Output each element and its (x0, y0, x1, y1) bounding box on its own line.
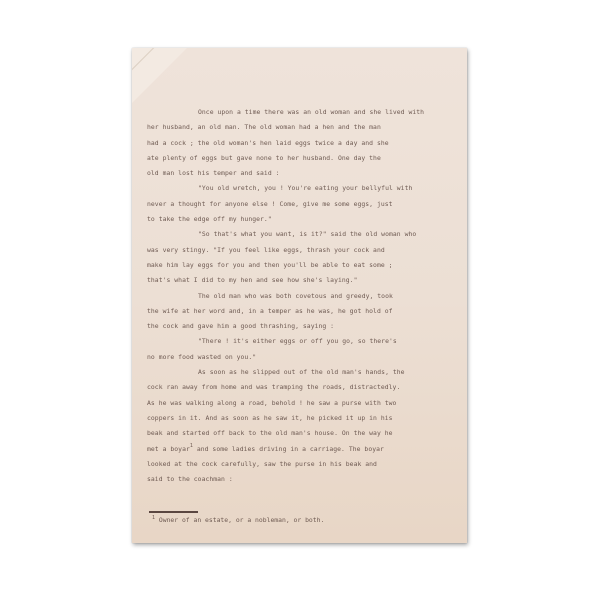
text-line: As soon as he slipped out of the old man… (147, 365, 465, 380)
text-line-content: As soon as he slipped out of the old man… (198, 368, 405, 376)
text-line: to take the edge off my hunger." (147, 212, 465, 227)
text-line: "There ! it's either eggs or off you go,… (147, 334, 465, 349)
text-line: no more food wasted on you." (147, 350, 465, 365)
story-text: Once upon a time there was an old woman … (147, 105, 465, 487)
text-line: Once upon a time there was an old woman … (147, 105, 465, 120)
text-line: met a boyar1 and some ladies driving in … (147, 442, 465, 457)
text-line-content: cock ran away from home and was tramping… (147, 383, 400, 391)
text-line: ate plenty of eggs but gave none to her … (147, 151, 465, 166)
text-line-content: "You old wretch, you ! You're eating you… (198, 184, 412, 192)
text-line: said to the coachman : (147, 472, 465, 487)
text-line: never a thought for anyone else ! Come, … (147, 197, 465, 212)
text-line-content: looked at the cock carefully, saw the pu… (147, 460, 377, 468)
text-line: had a cock ; the old woman's hen laid eg… (147, 136, 465, 151)
text-line: "So that's what you want, is it?" said t… (147, 227, 465, 242)
text-line: that's what I did to my hen and see how … (147, 273, 465, 288)
footnote-rule (149, 511, 198, 513)
folded-corner (132, 48, 187, 103)
text-line: make him lay eggs for you and then you'l… (147, 258, 465, 273)
text-line: the cock and gave him a good thrashing, … (147, 319, 465, 334)
footnote-text: Owner of an estate, or a nobleman, or bo… (159, 516, 324, 524)
text-line: looked at the cock carefully, saw the pu… (147, 457, 465, 472)
footnote: 1 Owner of an estate, or a nobleman, or … (152, 516, 324, 524)
text-line: coppers in it. And as soon as he saw it,… (147, 411, 465, 426)
text-line-content: that's what I did to my hen and see how … (147, 276, 357, 284)
text-line-content: ate plenty of eggs but gave none to her … (147, 154, 381, 162)
text-line: beak and started off back to the old man… (147, 426, 465, 441)
typewritten-page: Once upon a time there was an old woman … (132, 48, 467, 543)
text-line: "You old wretch, you ! You're eating you… (147, 181, 465, 196)
text-line-content: As he was walking along a road, behold !… (147, 399, 396, 407)
text-line-content: "There ! it's either eggs or off you go,… (198, 337, 397, 345)
text-line-content: said to the coachman : (147, 475, 233, 483)
text-line-content: make him lay eggs for you and then you'l… (147, 261, 393, 269)
text-line: The old man who was both covetous and gr… (147, 289, 465, 304)
text-line-content: never a thought for anyone else ! Come, … (147, 200, 393, 208)
text-line-content: beak and started off back to the old man… (147, 429, 393, 437)
text-line: her husband, an old man. The old woman h… (147, 120, 465, 135)
text-line: As he was walking along a road, behold !… (147, 396, 465, 411)
text-line: cock ran away from home and was tramping… (147, 380, 465, 395)
text-line: was very stingy. "If you feel like eggs,… (147, 243, 465, 258)
text-line-content: coppers in it. And as soon as he saw it,… (147, 414, 393, 422)
text-line: old man lost his temper and said : (147, 166, 465, 181)
text-line-content: no more food wasted on you." (147, 353, 256, 361)
text-line-content: had a cock ; the old woman's hen laid eg… (147, 139, 389, 147)
footnote-marker: 1 (152, 515, 155, 521)
text-line-content: Once upon a time there was an old woman … (198, 108, 424, 116)
text-line-content: old man lost his temper and said : (147, 169, 280, 177)
text-line-content: her husband, an old man. The old woman h… (147, 123, 381, 131)
text-line-content: The old man who was both covetous and gr… (198, 292, 393, 300)
text-line-content: to take the edge off my hunger." (147, 215, 272, 223)
text-line-content: the cock and gave him a good thrashing, … (147, 322, 334, 330)
text-line-continuation: and some ladies driving in a carriage. T… (193, 445, 384, 453)
text-line-content: met a boyar (147, 445, 190, 453)
text-line-content: "So that's what you want, is it?" said t… (198, 230, 416, 238)
text-line: the wife at her word and, in a temper as… (147, 304, 465, 319)
text-line-content: was very stingy. "If you feel like eggs,… (147, 246, 385, 254)
text-line-content: the wife at her word and, in a temper as… (147, 307, 393, 315)
